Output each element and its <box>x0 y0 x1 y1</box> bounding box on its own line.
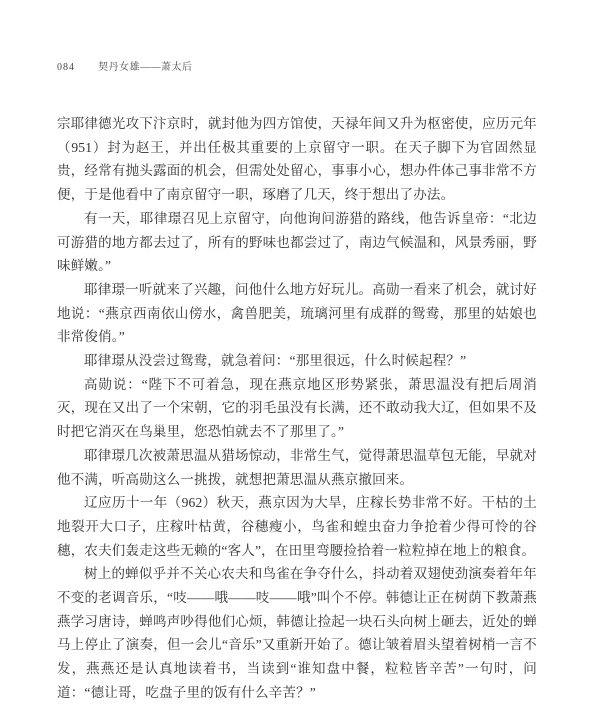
book-title: 契丹女雄——萧太后 <box>98 62 193 74</box>
body-paragraph: 有一天，耶律璟召见上京留守，向他询问游猎的路线，他告诉皇帝：“北边可游猎的地方都… <box>57 207 537 278</box>
body-paragraph: 耶律璟几次被萧思温从猎场惊动，非常生气，觉得萧思温草包无能，早就对他不满，听高勋… <box>57 444 537 491</box>
body-text: 宗耶律德光攻下汴京时，就封他为四方馆使，天禄年间又升为枢密使，应历元年（951）… <box>57 112 537 705</box>
book-page: 084 契丹女雄——萧太后 宗耶律德光攻下汴京时，就封他为四方馆使，天禄年间又升… <box>0 0 594 710</box>
body-paragraph: 辽应历十一年（962）秋天，燕京因为大旱，庄稼长势非常不好。干枯的土地裂开大口子… <box>57 491 537 562</box>
body-paragraph: 树上的蝉似乎并不关心农夫和鸟雀在争夺什么，抖动着双翅使劲演奏着年年不变的老调音乐… <box>57 562 537 704</box>
body-paragraph: 耶律璟从没尝过鸳鸯，就急着问：“那里很远，什么时候起程？” <box>57 349 537 373</box>
body-paragraph: 耶律璟一听就来了兴趣，问他什么地方好玩儿。高勋一看来了机会，就讨好地说：“燕京西… <box>57 278 537 349</box>
body-paragraph: 高勋说：“陛下不可着急，现在燕京地区形势紧张，萧思温没有把后周消灭，现在又出了一… <box>57 373 537 444</box>
body-paragraph: 宗耶律德光攻下汴京时，就封他为四方馆使，天禄年间又升为枢密使，应历元年（951）… <box>57 112 537 207</box>
running-header: 084 契丹女雄——萧太后 <box>57 62 193 74</box>
page-number: 084 <box>57 62 75 74</box>
